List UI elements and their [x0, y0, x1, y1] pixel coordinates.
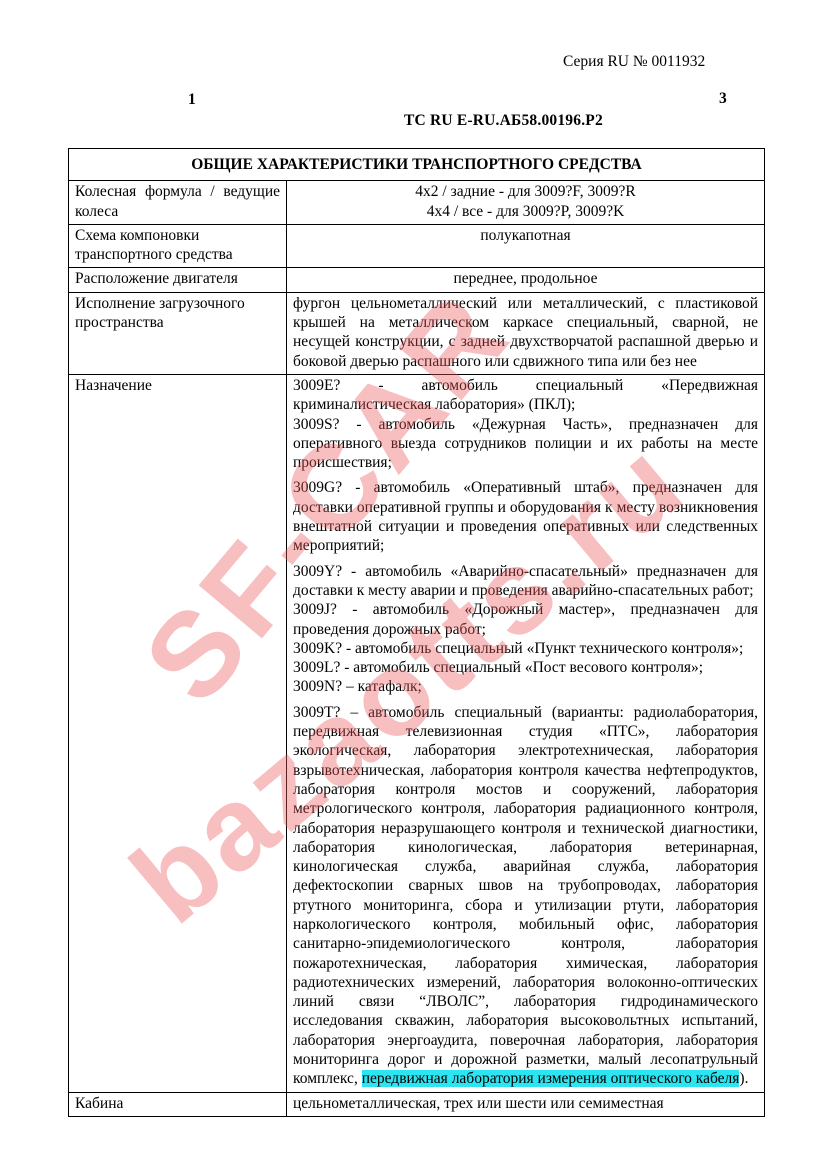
- row-value: цельнометаллическая, трех или шести или …: [287, 1092, 765, 1116]
- row-value: переднее, продольное: [287, 268, 765, 292]
- purpose-paragraph: 3009G? - автомобиль «Оперативный штаб», …: [293, 478, 758, 555]
- row-label: Колесная формула / ведущие колеса: [69, 181, 287, 225]
- row-value: полукапотная: [287, 224, 765, 268]
- row-value: 4х2 / задние - для 3009?F, 3009?R 4х4 / …: [287, 181, 765, 225]
- row-label: Расположение двигателя: [69, 268, 287, 292]
- table-row-cargo-space: Исполнение загрузочного пространства фур…: [69, 292, 765, 374]
- table-row-cab: Кабина цельнометаллическая, трех или шес…: [69, 1092, 765, 1116]
- table-row-purpose: Назначение 3009E? - автомобиль специальн…: [69, 374, 765, 1092]
- purpose-paragraph: 3009S? - автомобиль «Дежурная Часть», пр…: [293, 415, 758, 473]
- page-number-left: 1: [188, 91, 196, 109]
- table-row-engine-location: Расположение двигателя переднее, продоль…: [69, 268, 765, 292]
- table-row-wheel-formula: Колесная формула / ведущие колеса 4х2 / …: [69, 181, 765, 225]
- row-value: фургон цельнометаллический или металличе…: [287, 292, 765, 374]
- row-label: Кабина: [69, 1092, 287, 1116]
- purpose-paragraph: 3009L? - автомобиль специальный «Пост ве…: [293, 658, 758, 677]
- certificate-number: ТС RU E-RU.АБ58.00196.P2: [404, 112, 603, 130]
- table-row-layout-scheme: Схема компоновки транспортного средства …: [69, 224, 765, 268]
- row-label: Схема компоновки транспортного средства: [69, 224, 287, 268]
- characteristics-table: ОБЩИЕ ХАРАКТЕРИСТИКИ ТРАНСПОРТНОГО СРЕДС…: [68, 148, 765, 1117]
- purpose-final-paragraph: 3009T? – автомобиль специальный (вариант…: [293, 703, 758, 1089]
- wheel-formula-line-2: 4х4 / все - для 3009?P, 3009?K: [293, 202, 758, 221]
- purpose-final-closing: ).: [739, 1070, 748, 1087]
- row-value: 3009E? - автомобиль специальный «Передви…: [287, 374, 765, 1092]
- row-label: Назначение: [69, 374, 287, 1092]
- purpose-paragraph: 3009K? - автомобиль специальный «Пункт т…: [293, 639, 758, 658]
- table-title: ОБЩИЕ ХАРАКТЕРИСТИКИ ТРАНСПОРТНОГО СРЕДС…: [69, 149, 765, 181]
- series-number: Серия RU № 0011932: [563, 53, 705, 71]
- purpose-paragraph: 3009N? – катафалк;: [293, 677, 758, 696]
- purpose-paragraph: 3009Y? - автомобиль «Аварийно-спасательн…: [293, 562, 758, 601]
- row-label: Исполнение загрузочного пространства: [69, 292, 287, 374]
- highlighted-text: передвижная лаборатория измерения оптиче…: [362, 1070, 740, 1087]
- purpose-paragraph: 3009E? - автомобиль специальный «Передви…: [293, 376, 758, 415]
- purpose-paragraph: 3009J? - автомобиль «Дорожный мастер», п…: [293, 600, 758, 639]
- page-number-right: 3: [719, 90, 727, 108]
- table-title-row: ОБЩИЕ ХАРАКТЕРИСТИКИ ТРАНСПОРТНОГО СРЕДС…: [69, 149, 765, 181]
- wheel-formula-line-1: 4х2 / задние - для 3009?F, 3009?R: [293, 182, 758, 201]
- purpose-final-text: 3009T? – автомобиль специальный (вариант…: [293, 704, 758, 1088]
